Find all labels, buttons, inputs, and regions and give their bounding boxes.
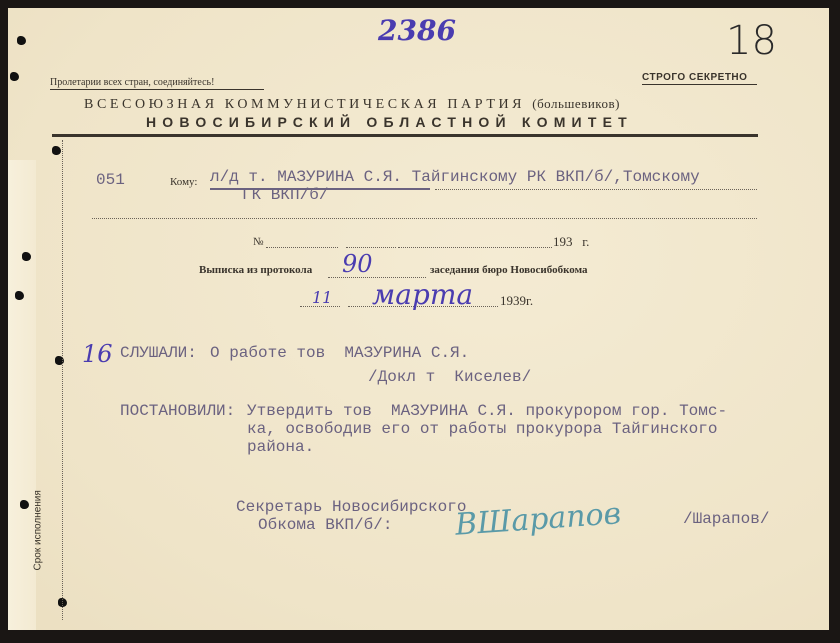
signer-title2: Обкома ВКП/б/: [258, 516, 392, 534]
decided-label: ПОСТАНОВИЛИ: [120, 402, 235, 420]
extract-label: Выписка из протокола [199, 264, 312, 276]
meeting-label: заседания бюро Новосибобкома [430, 264, 588, 276]
date-month: марта [372, 278, 473, 311]
header-rule [52, 134, 758, 137]
month-field [398, 247, 552, 248]
item-number: 16 [82, 340, 113, 368]
number-label: № [253, 236, 264, 248]
ref-code: 051 [96, 171, 125, 189]
day-field [346, 247, 396, 248]
date-year: 1939г. [500, 293, 533, 309]
signer-name: /Шарапов/ [683, 510, 769, 528]
org-suffix: (большевиков) [532, 96, 620, 111]
classification-stamp: СТРОГО СЕКРЕТНО [642, 72, 757, 85]
heard-text: О работе тов МАЗУРИНА С.Я. [210, 344, 469, 362]
protocol-number: 90 [342, 250, 373, 278]
decided-line3: района. [247, 438, 314, 456]
punch-hole [17, 36, 26, 45]
signer-title1: Секретарь Новосибирского [236, 498, 466, 516]
org-name: ВСЕСОЮЗНАЯ КОММУНИСТИЧЕСКАЯ ПАРТИЯ [84, 97, 525, 112]
year-suffix: 193 г. [553, 234, 589, 250]
to-line2: ГК ВКП/б/ [242, 186, 328, 204]
org-header-line1: ВСЕСОЮЗНАЯ КОММУНИСТИЧЕСКАЯ ПАРТИЯ (боль… [84, 96, 620, 113]
decided-line1: Утвердить тов МАЗУРИНА С.Я. прокурором г… [247, 402, 727, 420]
number-field [266, 247, 338, 248]
decided-line2: ка, освободив его от работы прокурора Та… [247, 420, 717, 438]
heard-label: СЛУШАЛИ: [120, 344, 197, 362]
margin-label: Срок исполнения [33, 481, 44, 571]
to-line1-rule [435, 189, 757, 190]
slogan: Пролетарии всех стран, соединяйтесь! [50, 77, 264, 90]
to-line2-rule [92, 218, 757, 219]
punch-hole [22, 252, 31, 261]
to-label: Кому: [170, 176, 197, 188]
reporter: /Докл т Киселев/ [368, 368, 531, 386]
punch-hole [15, 291, 24, 300]
punch-hole [20, 500, 29, 509]
margin-rule [62, 140, 63, 620]
sheet-number: 18 [726, 18, 777, 64]
punch-hole [52, 146, 61, 155]
punch-hole [10, 72, 19, 81]
archive-number: 2386 [378, 14, 456, 47]
org-header-line2: НОВОСИБИРСКИЙ ОБЛАСТНОЙ КОМИТЕТ [146, 114, 633, 130]
date-day: 11 [312, 288, 332, 307]
to-line1: л/д т. МАЗУРИНА С.Я. Тайгинскому РК ВКП/… [210, 168, 700, 186]
